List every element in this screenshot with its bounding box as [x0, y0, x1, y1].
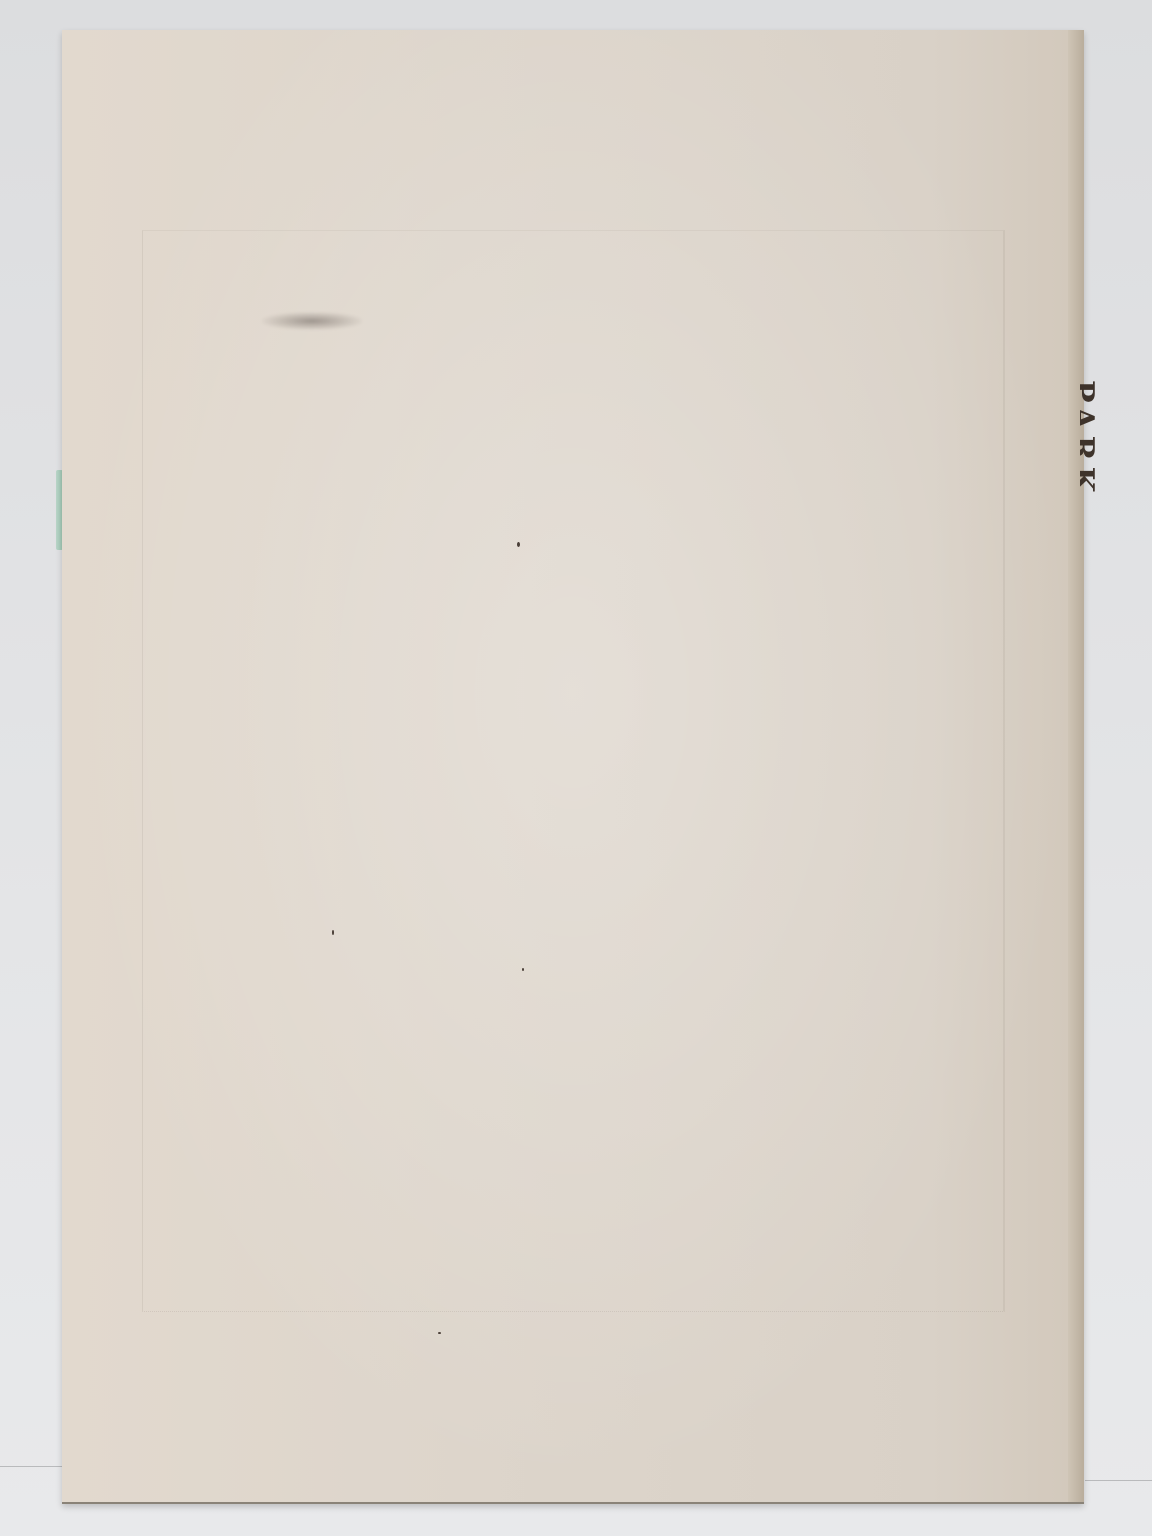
paper-speck — [438, 1332, 441, 1334]
faded-stamp — [262, 312, 362, 330]
print-showthrough — [142, 230, 1005, 1312]
surface-seam-left — [0, 1466, 62, 1467]
book-spine — [1068, 30, 1084, 1502]
paper-speck — [332, 930, 334, 935]
paper-speck — [517, 542, 520, 547]
paper-speck — [522, 968, 524, 971]
surface-seam-right — [1085, 1480, 1152, 1481]
book-back-cover — [62, 30, 1084, 1504]
